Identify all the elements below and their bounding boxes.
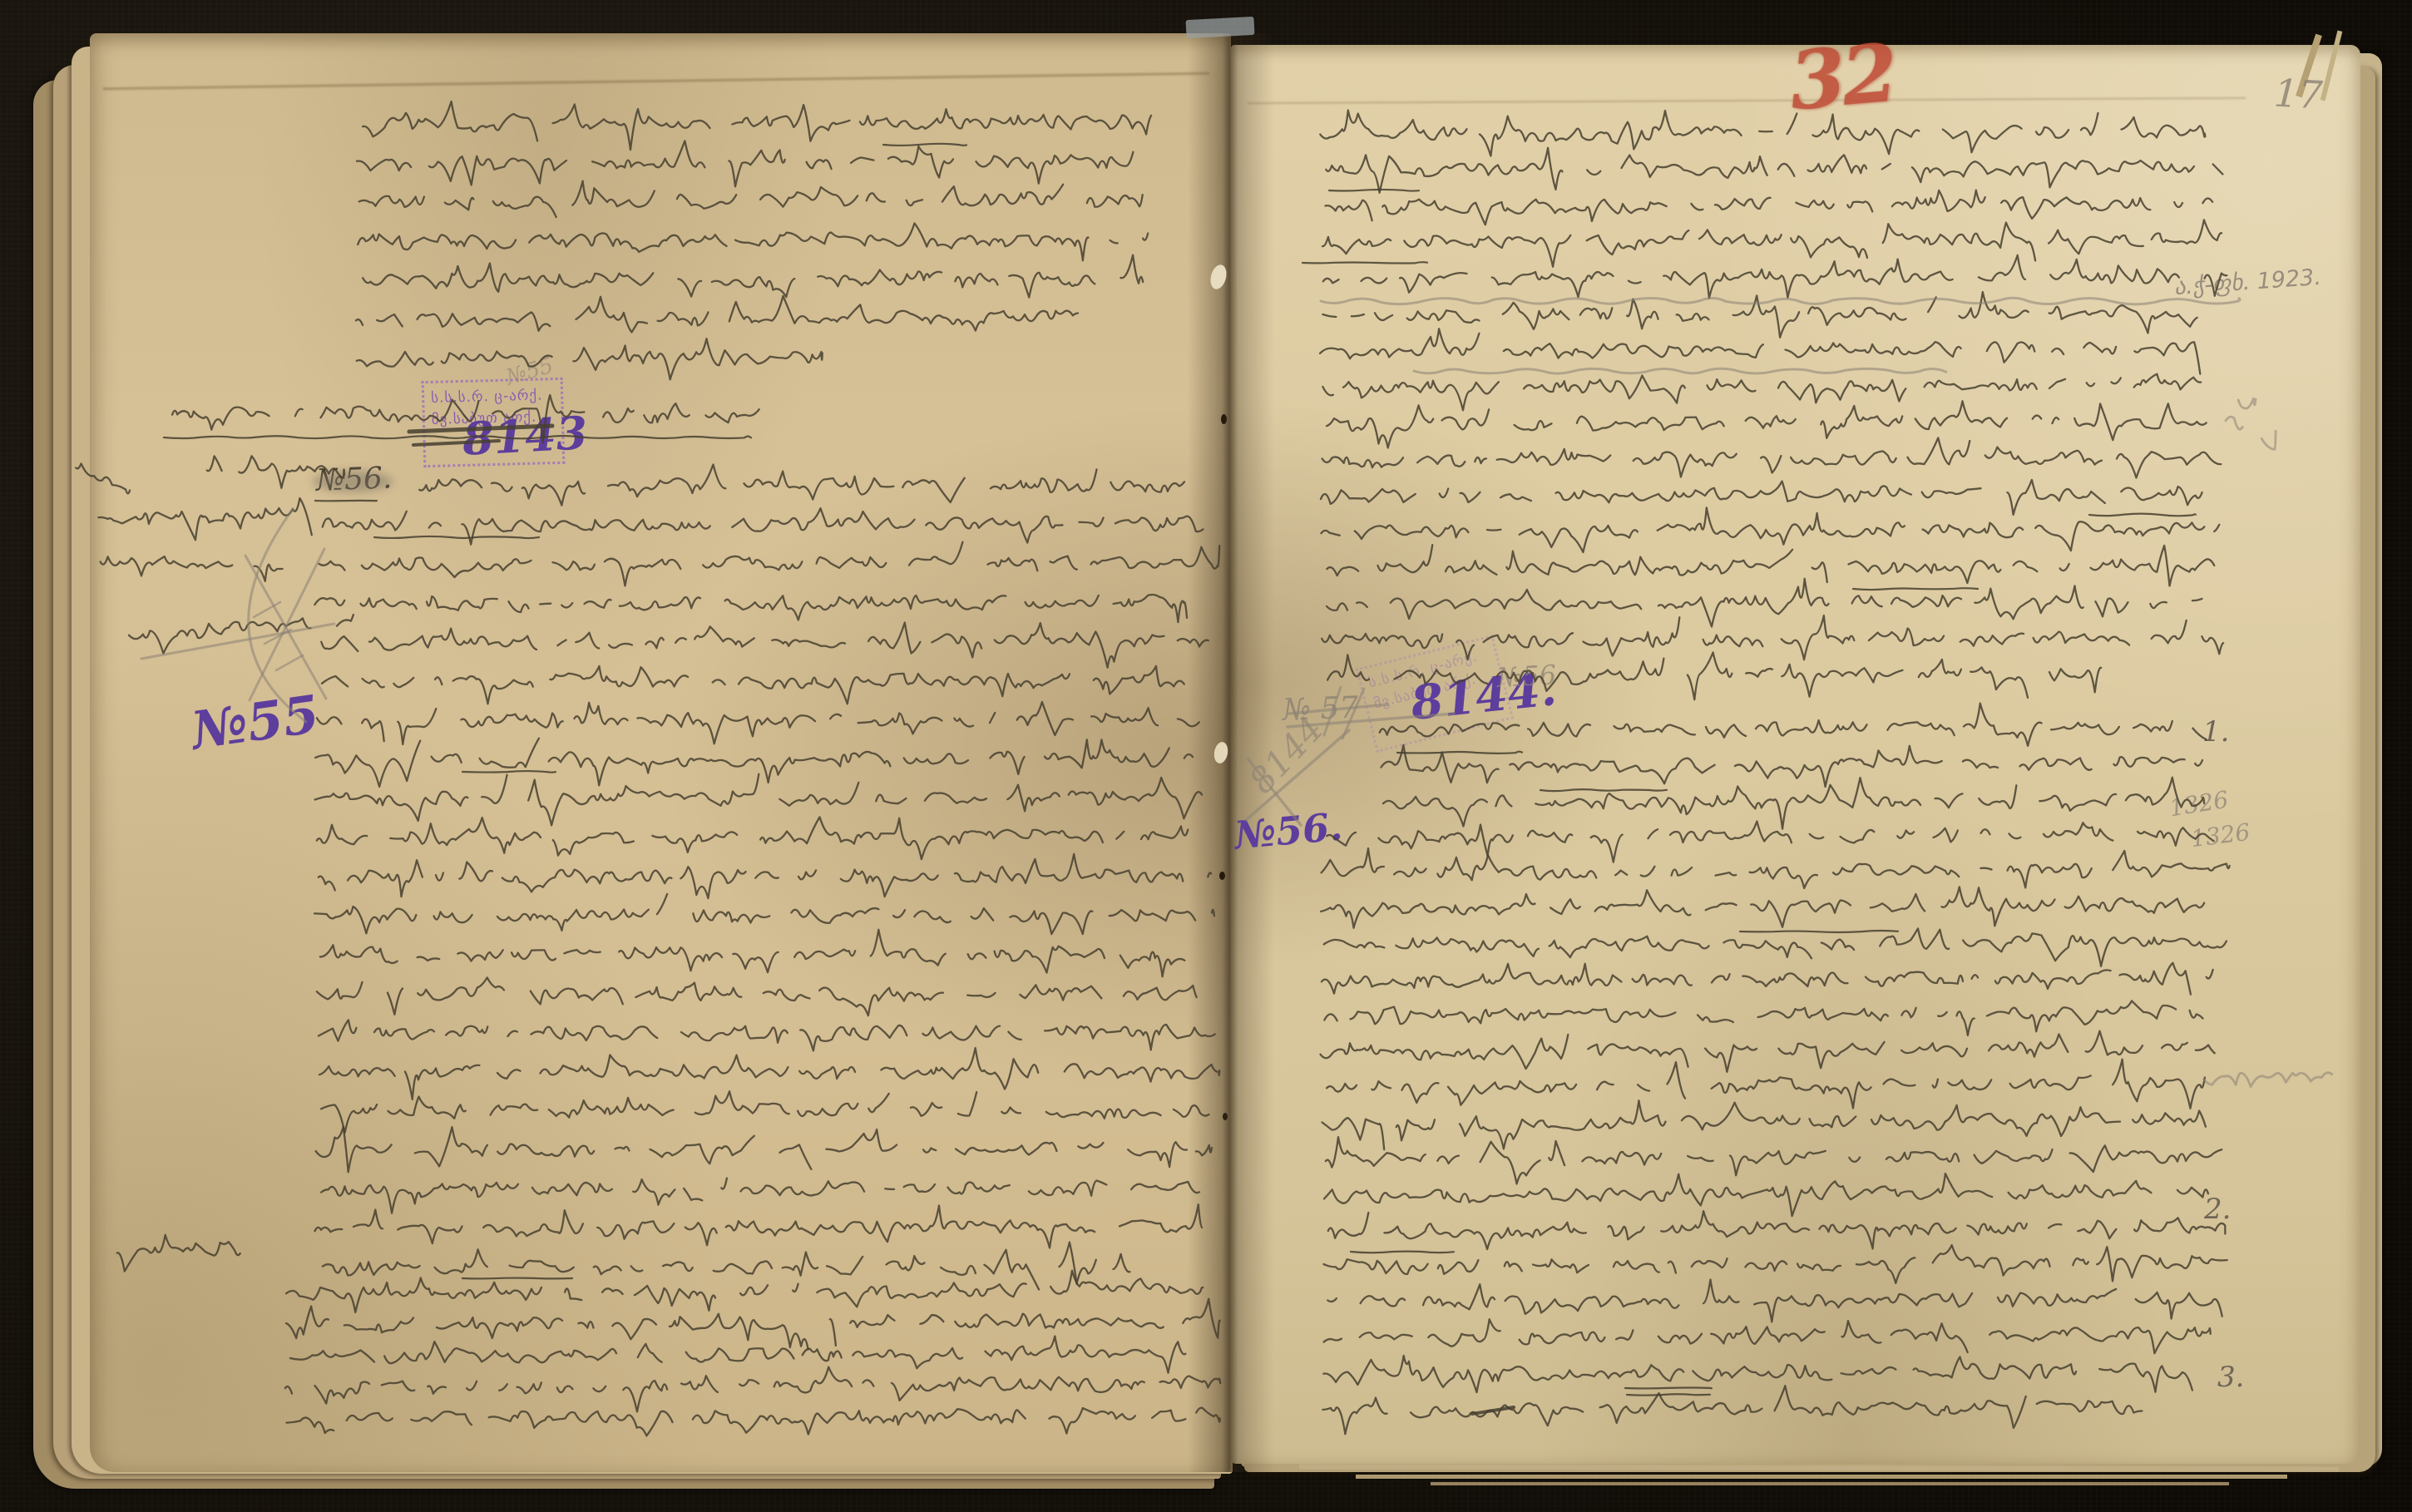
margin-item-2: 2. [2204,1193,2231,1226]
margin-item-1: 1. [2202,715,2229,749]
entry-number-56-purple: №56. [1233,803,1344,857]
tape-fragment [1185,17,1254,38]
right-page [1231,45,2360,1464]
margin-item-3: 3. [2217,1361,2244,1394]
stitch-hole-2 [1219,872,1225,880]
red-folio-number: 32 [1786,26,1898,129]
smudge [313,471,393,492]
manuscript-scan: 32 17 ს.ს.ს.რ. ც-არქ. მვ.საბუთ არქ. 8143… [0,0,2412,1512]
left-page [90,33,1231,1472]
stamp-number-8143: 8143 [461,406,588,466]
bottom-sheet-edge-2 [1356,1475,2287,1479]
bottom-sheet-edge-3 [1431,1482,2229,1485]
stamp-text-line: ს.ს.ს.რ. ც-არქ. [431,385,558,409]
entry-number-56-pencil: №56 [1496,659,1557,694]
folio-number-pencil: 17 [2273,71,2324,118]
stitch-hole-3 [1223,1113,1228,1120]
stitch-hole [1221,414,1227,424]
